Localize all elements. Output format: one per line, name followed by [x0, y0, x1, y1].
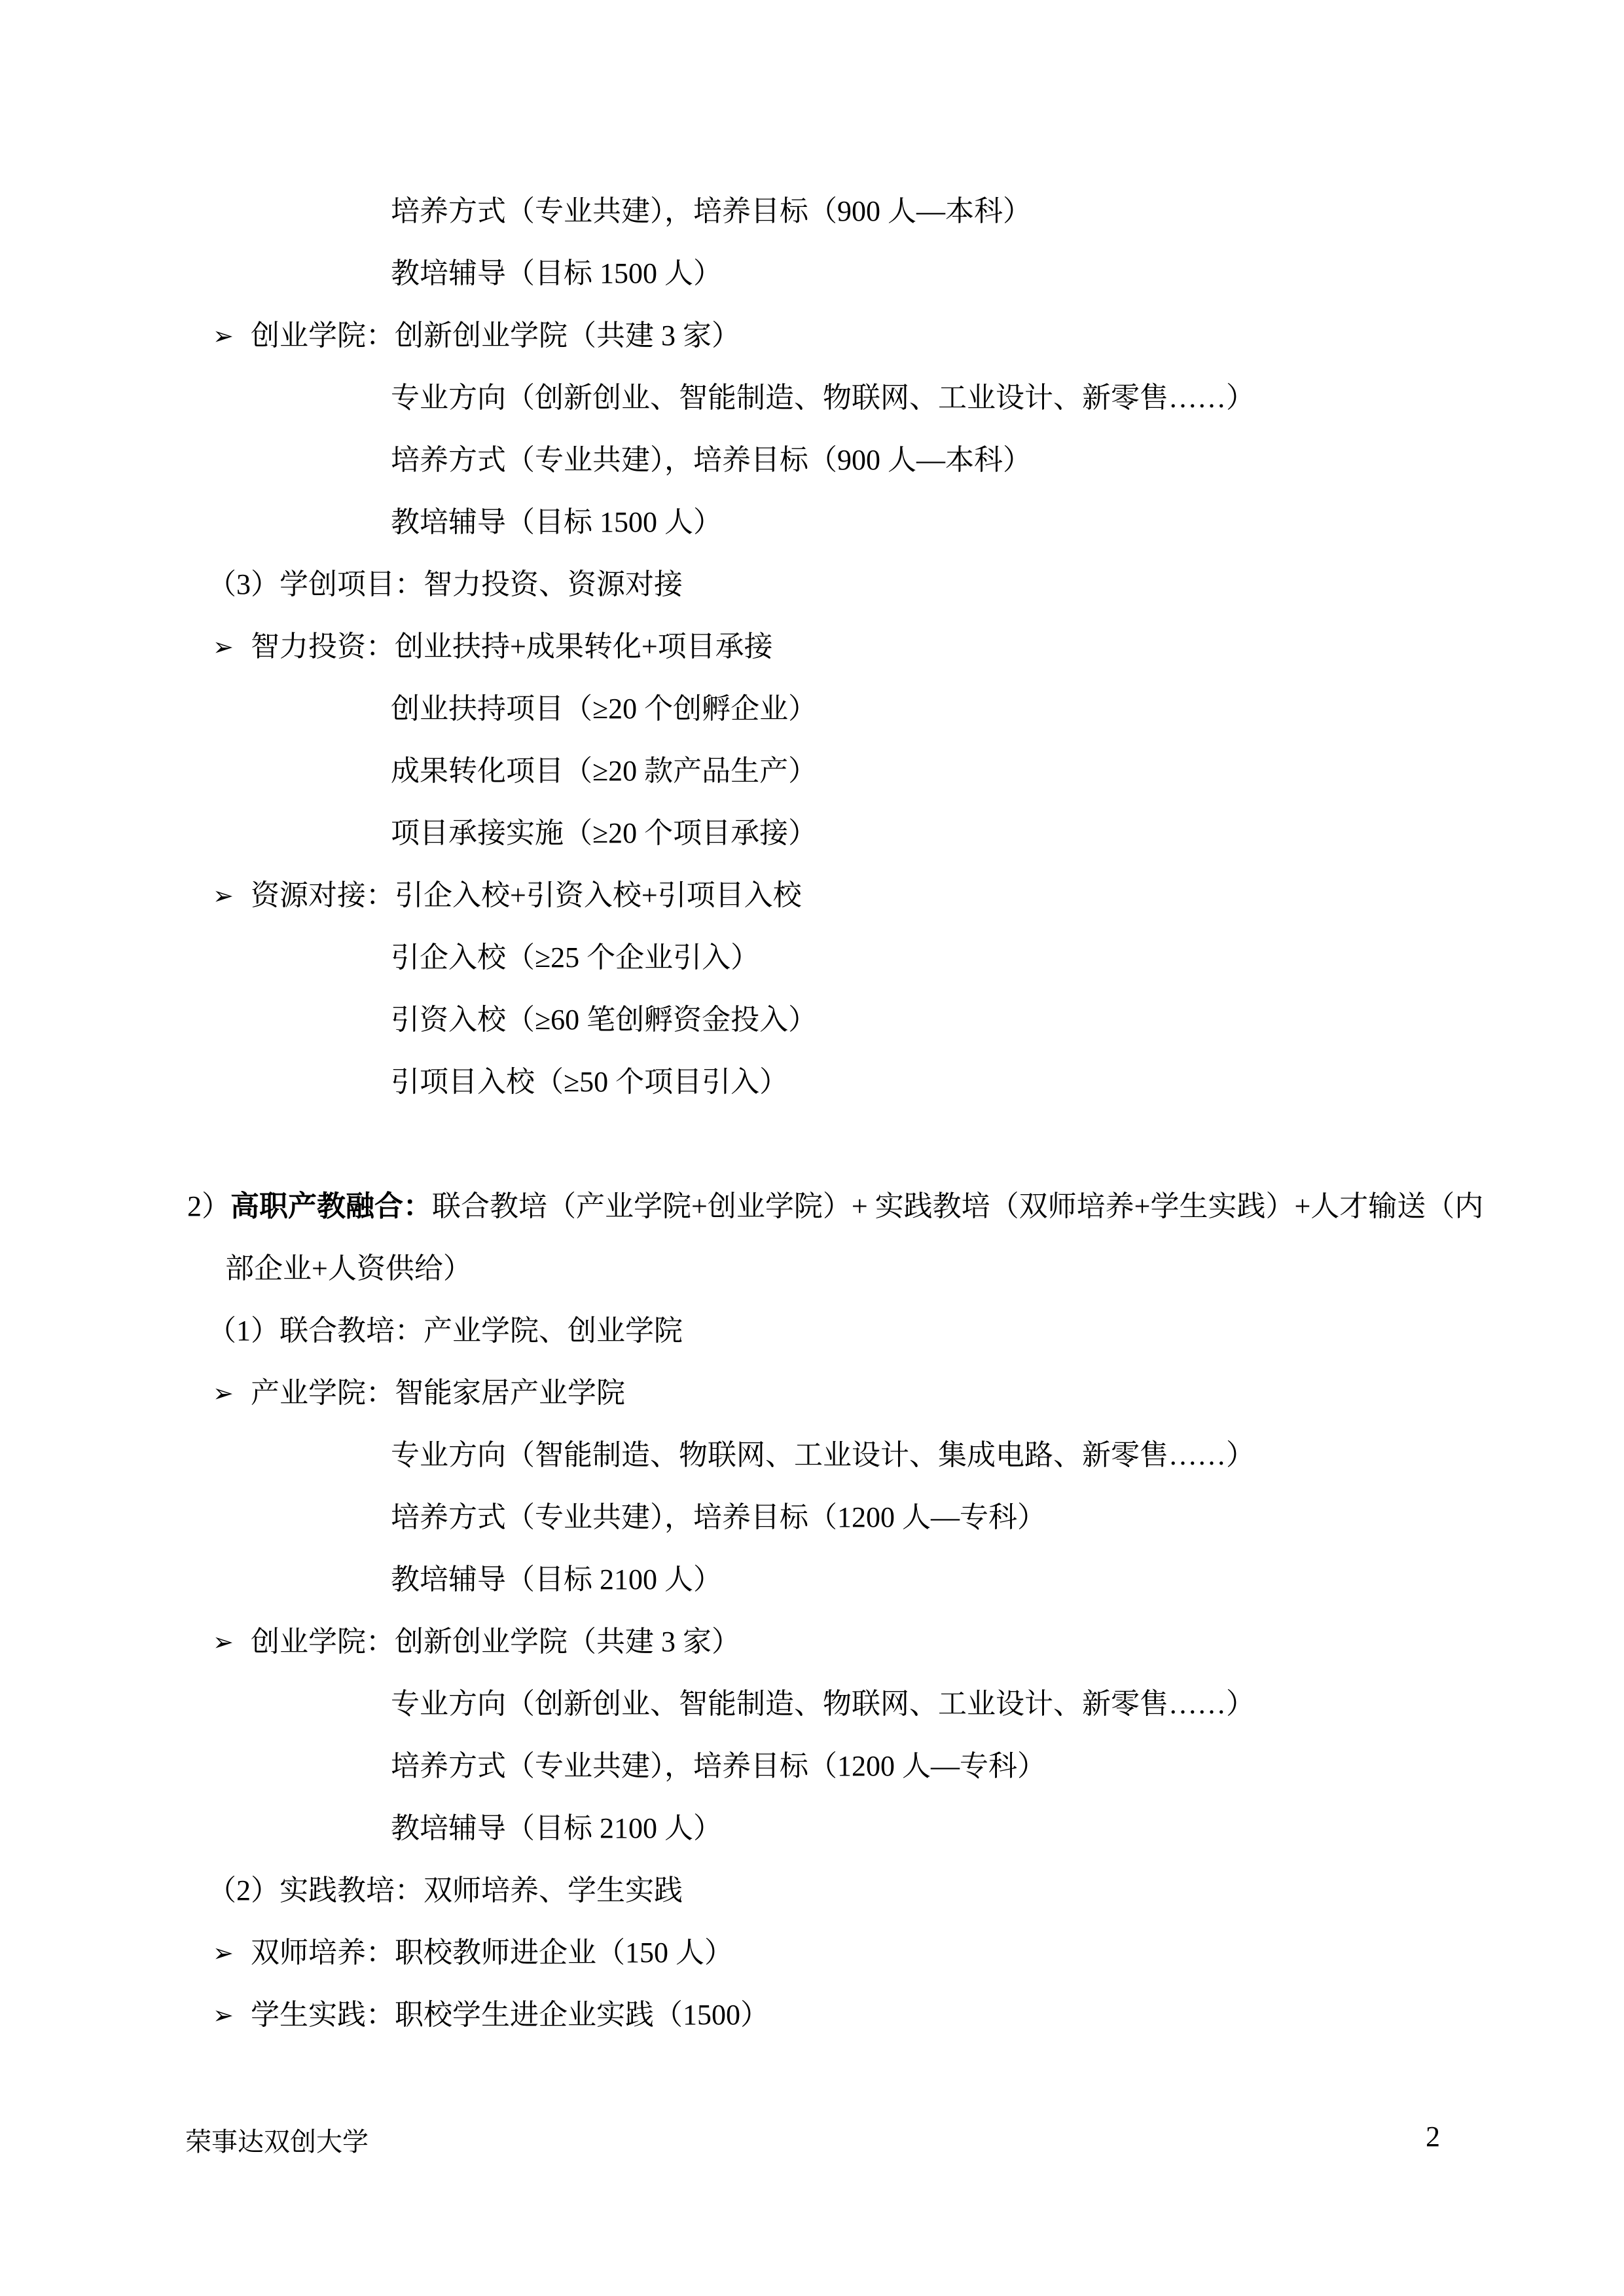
line-text: 教培辅导（目标 2100 人）	[391, 1565, 722, 1594]
document-line: 引企入校（≥25 个企业引入）	[0, 926, 1624, 989]
line-text: 2）	[187, 1192, 230, 1221]
line-text: 教培辅导（目标 2100 人）	[391, 1814, 722, 1843]
document-line: 培养方式（专业共建），培养目标（1200 人—专科）	[0, 1735, 1624, 1797]
document-line: 成果转化项目（≥20 款产品生产）	[0, 740, 1624, 802]
document-line: 创业扶持项目（≥20 个创孵企业）	[0, 678, 1624, 740]
line-text: 智力投资：创业扶持+成果转化+项目承接	[251, 632, 773, 661]
document-body: 培养方式（专业共建），培养目标（900 人—本科）教培辅导（目标 1500 人）…	[0, 0, 1624, 2046]
line-text: 教培辅导（目标 1500 人）	[391, 508, 722, 537]
document-line: 引项目入校（≥50 个项目引入）	[0, 1051, 1624, 1113]
arrow-bullet-icon: ➢	[213, 1630, 251, 1655]
line-text: 教培辅导（目标 1500 人）	[391, 259, 722, 288]
line-text: 培养方式（专业共建），培养目标（1200 人—专科）	[391, 1503, 1046, 1532]
arrow-bullet-icon: ➢	[213, 2003, 251, 2028]
footer-doc-title: 荣事达双创大学	[185, 2121, 369, 2159]
document-line: 教培辅导（目标 1500 人）	[0, 242, 1624, 304]
document-page: 培养方式（专业共建），培养目标（900 人—本科）教培辅导（目标 1500 人）…	[0, 0, 1624, 2296]
arrow-bullet-icon: ➢	[213, 324, 251, 349]
arrow-bullet-icon: ➢	[213, 1941, 251, 1966]
document-line: （1）联合教培：产业学院、创业学院	[0, 1300, 1624, 1362]
line-text: 专业方向（创新创业、智能制造、物联网、工业设计、新零售……）	[391, 1690, 1255, 1719]
document-line: （2）实践教培：双师培养、学生实践	[0, 1859, 1624, 1922]
footer-page-number: 2	[1426, 2120, 1440, 2153]
document-line: 培养方式（专业共建），培养目标（900 人—本科）	[0, 429, 1624, 491]
arrow-bullet-icon: ➢	[213, 635, 251, 660]
line-text: 引企入校（≥25 个企业引入）	[391, 943, 759, 972]
line-text: 产业学院：智能家居产业学院	[251, 1379, 625, 1408]
line-text: 培养方式（专业共建），培养目标（900 人—本科）	[391, 197, 1032, 226]
document-line: 教培辅导（目标 2100 人）	[0, 1548, 1624, 1611]
line-text: 资源对接：引企入校+引资入校+引项目入校	[251, 881, 802, 910]
line-text: （2）实践教培：双师培养、学生实践	[208, 1876, 683, 1905]
line-text: 创业学院：创新创业学院（共建 3 家）	[251, 1628, 740, 1656]
line-text: 培养方式（专业共建），培养目标（1200 人—专科）	[391, 1752, 1046, 1781]
line-text: 专业方向（智能制造、物联网、工业设计、集成电路、新零售……）	[391, 1441, 1255, 1470]
document-line: 项目承接实施（≥20 个项目承接）	[0, 802, 1624, 864]
document-line: 专业方向（智能制造、物联网、工业设计、集成电路、新零售……）	[0, 1424, 1624, 1486]
document-line: （3）学创项目：智力投资、资源对接	[0, 553, 1624, 615]
line-text: 成果转化项目（≥20 款产品生产）	[391, 757, 817, 786]
document-line: ➢产业学院：智能家居产业学院	[0, 1362, 1624, 1424]
document-line: 专业方向（创新创业、智能制造、物联网、工业设计、新零售……）	[0, 1673, 1624, 1735]
line-text: 创业扶持项目（≥20 个创孵企业）	[391, 695, 817, 723]
document-line: 引资入校（≥60 笔创孵资金投入）	[0, 989, 1624, 1051]
document-line: 专业方向（创新创业、智能制造、物联网、工业设计、新零售……）	[0, 367, 1624, 429]
line-text: 部企业+人资供给）	[225, 1254, 472, 1283]
line-text: 引资入校（≥60 笔创孵资金投入）	[391, 1006, 817, 1034]
line-text: 联合教培（产业学院+创业学院）+ 实践教培（双师培养+学生实践）+人才输送（内	[432, 1192, 1483, 1221]
document-line: 培养方式（专业共建），培养目标（900 人—本科）	[0, 180, 1624, 242]
arrow-bullet-icon: ➢	[213, 884, 251, 909]
document-line: 培养方式（专业共建），培养目标（1200 人—专科）	[0, 1486, 1624, 1548]
document-line: ➢创业学院：创新创业学院（共建 3 家）	[0, 1611, 1624, 1673]
bold-heading-text: 高职产教融合：	[230, 1192, 432, 1221]
document-line: ➢双师培养：职校教师进企业（150 人）	[0, 1922, 1624, 1984]
document-line: 教培辅导（目标 2100 人）	[0, 1797, 1624, 1859]
document-line: ➢智力投资：创业扶持+成果转化+项目承接	[0, 615, 1624, 678]
line-text: 创业学院：创新创业学院（共建 3 家）	[251, 321, 740, 350]
line-text: 培养方式（专业共建），培养目标（900 人—本科）	[391, 446, 1032, 475]
document-line: ➢资源对接：引企入校+引资入校+引项目入校	[0, 864, 1624, 926]
line-text: 双师培养：职校教师进企业（150 人）	[251, 1939, 733, 1967]
document-line: 部企业+人资供给）	[0, 1237, 1624, 1300]
line-text: 项目承接实施（≥20 个项目承接）	[391, 819, 817, 848]
line-text: （3）学创项目：智力投资、资源对接	[208, 570, 683, 599]
blank-line	[0, 1113, 1624, 1175]
line-text: （1）联合教培：产业学院、创业学院	[208, 1317, 683, 1345]
document-line: ➢创业学院：创新创业学院（共建 3 家）	[0, 304, 1624, 367]
line-text: 引项目入校（≥50 个项目引入）	[391, 1068, 788, 1097]
line-text: 学生实践：职校学生进企业实践（1500）	[251, 2001, 769, 2030]
document-line: ➢学生实践：职校学生进企业实践（1500）	[0, 1984, 1624, 2046]
arrow-bullet-icon: ➢	[213, 1381, 251, 1406]
document-line: 教培辅导（目标 1500 人）	[0, 491, 1624, 553]
line-text: 专业方向（创新创业、智能制造、物联网、工业设计、新零售……）	[391, 384, 1255, 412]
document-line: 2）高职产教融合：联合教培（产业学院+创业学院）+ 实践教培（双师培养+学生实践…	[0, 1175, 1624, 1237]
